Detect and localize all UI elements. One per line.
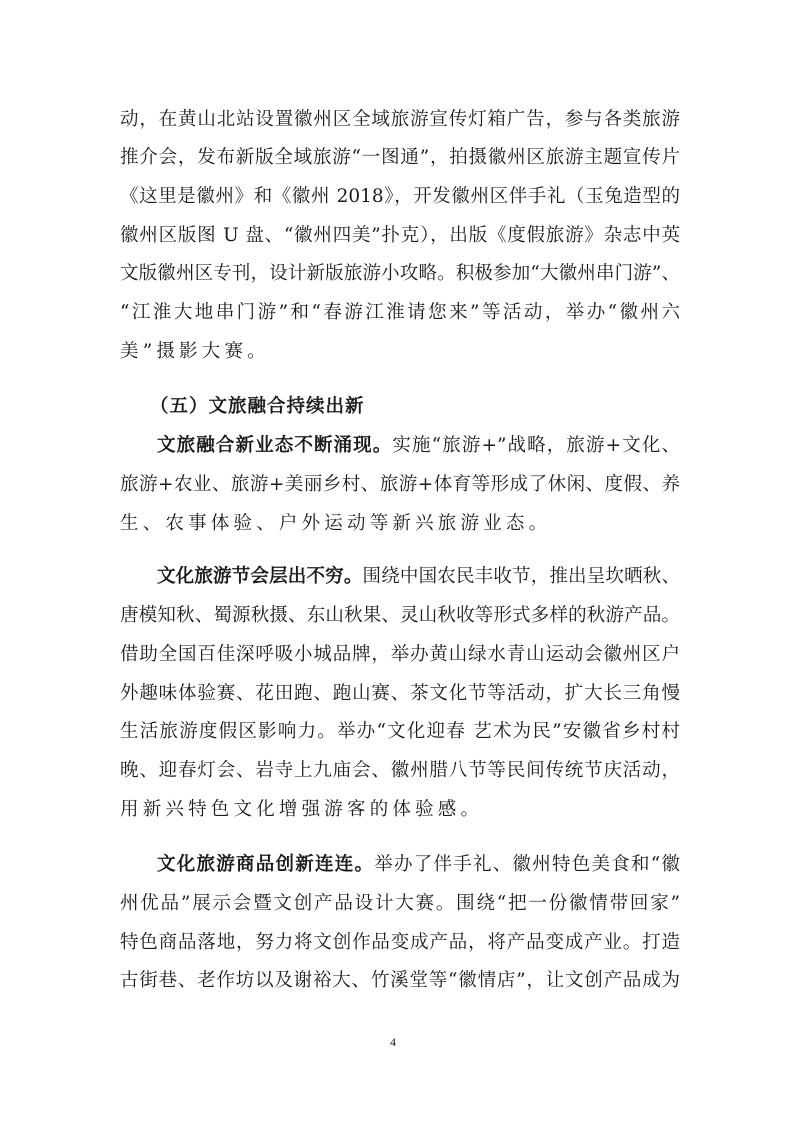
body-line: 文版徽州区专刊，设计新版旅游小攻略。积极参加“大徽州串门游”、 <box>120 259 680 289</box>
body-line: 《这里是徽州》和《徽州 2018》，开发徽州区伴手礼（玉兔造型的 <box>120 182 680 212</box>
page-number: 4 <box>390 1035 396 1050</box>
body-line: 生、农事体验、户外运动等新兴旅游业态。 <box>120 509 680 539</box>
section-heading: （五）文旅融合持续出新 <box>150 392 710 422</box>
document-page: 动，在黄山北站设置徽州区全域旅游宣传灯箱广告，参与各类旅游 推介会，发布新版全域… <box>0 0 793 1122</box>
paragraph-text: 实施“旅游+”战略，旅游+文化、 <box>392 435 680 456</box>
body-line: 生活旅游度假区影响力。举办“文化迎春 艺术为民”安徽省乡村村 <box>120 717 680 747</box>
body-line: 用新兴特色文化增强游客的体验感。 <box>120 795 680 825</box>
paragraph-text: 围绕中国农民丰收节，推出呈坎晒秋、 <box>363 566 680 587</box>
paragraph-first-line: 文化旅游商品创新连连。举办了伴手礼、徽州特色美食和“徽 <box>157 850 680 880</box>
body-line: 动，在黄山北站设置徽州区全域旅游宣传灯箱广告，参与各类旅游 <box>120 105 680 135</box>
paragraph-lead: 文旅融合新业态不断涌现。 <box>157 435 392 456</box>
body-line: 州优品”展示会暨文创产品设计大赛。围绕“把一份徽情带回家” <box>120 889 680 919</box>
body-line: 推介会，发布新版全域旅游“一图通”，拍摄徽州区旅游主题宣传片 <box>120 143 680 173</box>
paragraph-text: 举办了伴手礼、徽州特色美食和“徽 <box>374 854 680 875</box>
body-line: 借助全国百佳深呼吸小城品牌，举办黄山绿水青山运动会徽州区户 <box>120 640 680 670</box>
paragraph-first-line: 文旅融合新业态不断涌现。实施“旅游+”战略，旅游+文化、 <box>157 431 680 461</box>
body-line: 旅游+农业、旅游+美丽乡村、旅游+体育等形成了休闲、度假、养 <box>120 470 680 500</box>
body-line: 唐模知秋、蜀源秋摄、东山秋果、灵山秋收等形式多样的秋游产品。 <box>120 601 680 631</box>
paragraph-first-line: 文化旅游节会层出不穷。围绕中国农民丰收节，推出呈坎晒秋、 <box>157 562 680 592</box>
paragraph-lead: 文化旅游商品创新连连。 <box>157 854 374 875</box>
body-line: “江淮大地串门游”和“春游江淮请您来”等活动，举办“徽州六 <box>120 298 680 328</box>
body-line: 特色商品落地，努力将文创作品变成产品，将产品变成产业。打造 <box>120 928 680 958</box>
body-line: 古街巷、老作坊以及谢裕大、竹溪堂等“徽情店”，让文创产品成为 <box>120 966 680 996</box>
body-line: 徽州区版图 U 盘、“徽州四美”扑克），出版《度假旅游》杂志中英 <box>120 221 680 251</box>
body-line: 美”摄影大赛。 <box>120 337 680 367</box>
paragraph-lead: 文化旅游节会层出不穷。 <box>157 566 363 587</box>
body-line: 晚、迎春灯会、岩寺上九庙会、徽州腊八节等民间传统节庆活动， <box>120 756 680 786</box>
body-line: 外趣味体验赛、花田跑、跑山赛、茶文化节等活动，扩大长三角慢 <box>120 679 680 709</box>
